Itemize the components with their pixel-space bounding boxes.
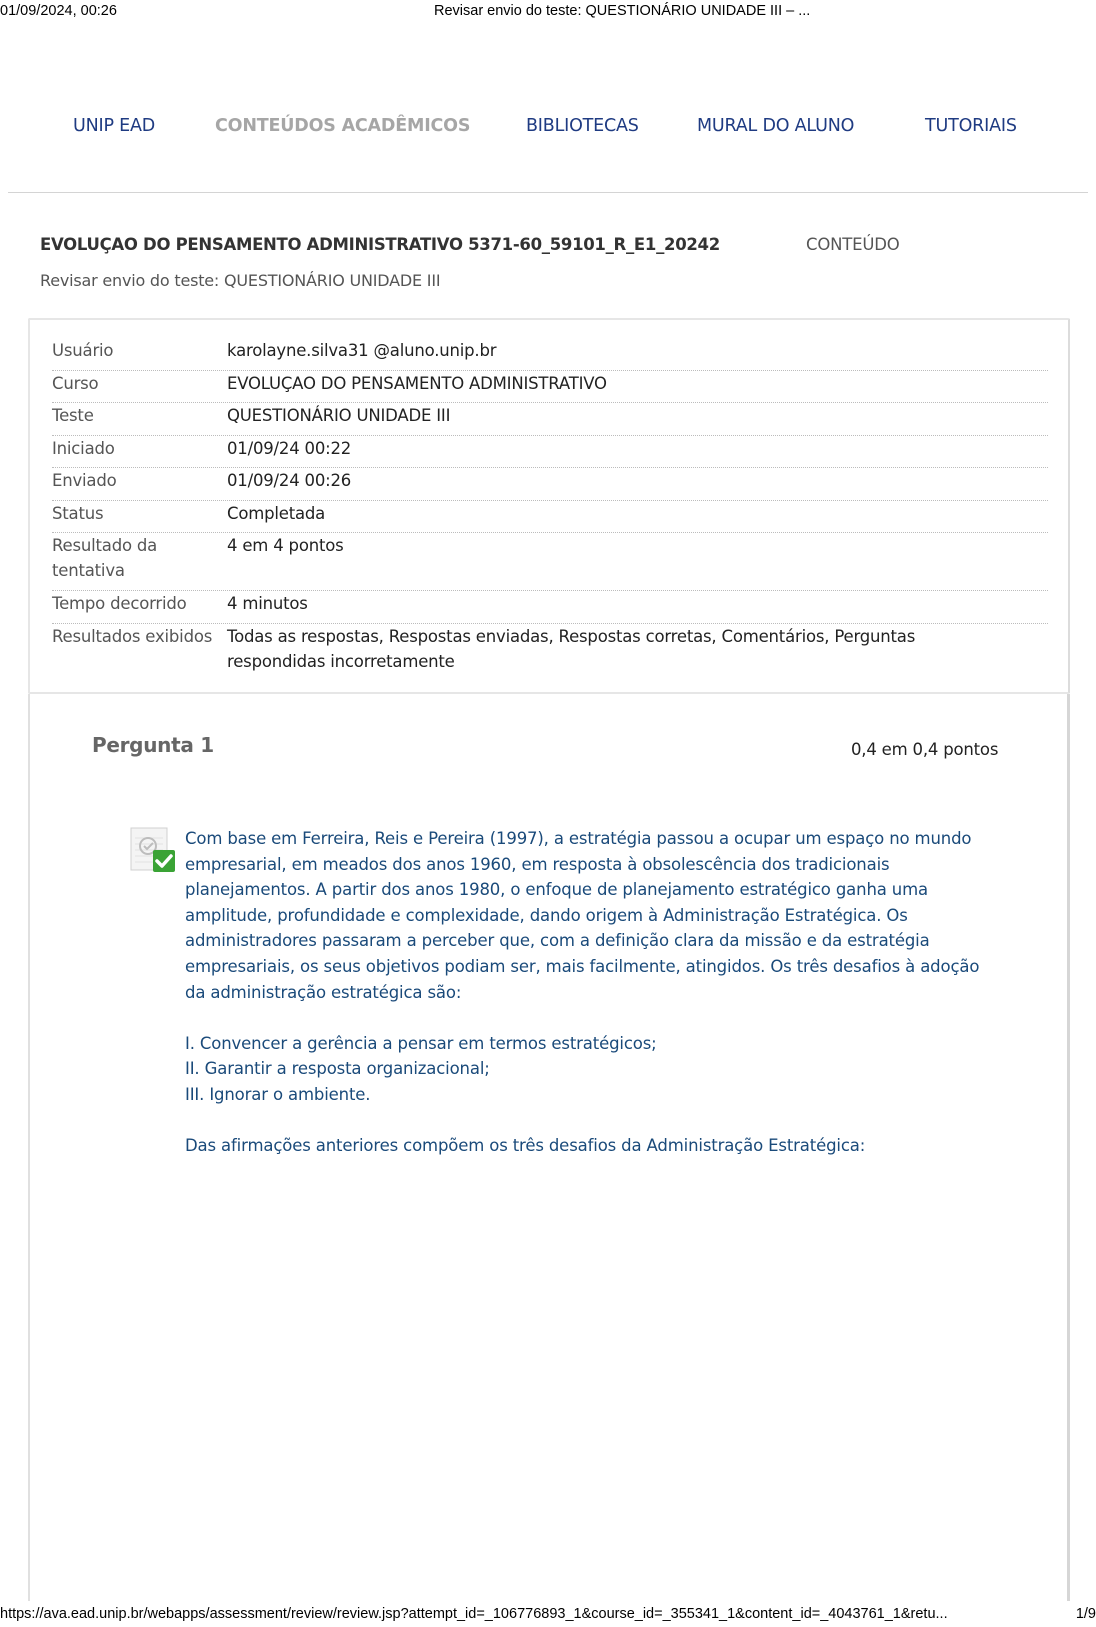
nav-unip-ead[interactable]: UNIP EAD xyxy=(73,116,155,136)
summary-value: QUESTIONÁRIO UNIDADE III xyxy=(227,403,1017,428)
summary-label: Curso xyxy=(52,371,222,396)
nav-bibliotecas[interactable]: BIBLIOTECAS xyxy=(526,116,639,136)
print-title: Revisar envio do teste: QUESTIONÁRIO UNI… xyxy=(434,3,810,19)
question-statement: II. Garantir a resposta organizacional; xyxy=(185,1056,985,1082)
attempt-summary: Usuário karolayne.silva31 @aluno.unip.br… xyxy=(28,318,1070,694)
nav-conteudos-academicos[interactable]: CONTEÚDOS ACADÊMICOS xyxy=(215,116,470,136)
summary-row-resultado: Resultado da tentativa 4 em 4 pontos xyxy=(52,533,1048,591)
summary-label: Iniciado xyxy=(52,436,222,461)
top-navigation: UNIP EAD CONTEÚDOS ACADÊMICOS BIBLIOTECA… xyxy=(0,116,1096,148)
breadcrumb-content-link[interactable]: CONTEÚDO xyxy=(806,235,900,254)
summary-value: 4 minutos xyxy=(227,591,1017,616)
question-text: Com base em Ferreira, Reis e Pereira (19… xyxy=(185,826,985,1159)
summary-value: EVOLUÇAO DO PENSAMENTO ADMINISTRATIVO xyxy=(227,371,1017,396)
nav-divider xyxy=(8,192,1088,193)
breadcrumb-course[interactable]: EVOLUÇAO DO PENSAMENTO ADMINISTRATIVO 53… xyxy=(40,235,720,254)
question-statement: III. Ignorar o ambiente. xyxy=(185,1082,985,1108)
summary-row-status: Status Completada xyxy=(52,501,1048,533)
summary-label: Tempo decorrido xyxy=(52,591,222,616)
print-header: 01/09/2024, 00:26 Revisar envio do teste… xyxy=(0,0,1096,24)
summary-value: 4 em 4 pontos xyxy=(227,533,1017,558)
nav-mural-do-aluno[interactable]: MURAL DO ALUNO xyxy=(697,116,854,136)
summary-value: Completada xyxy=(227,501,1017,526)
print-date: 01/09/2024, 00:26 xyxy=(0,3,117,19)
summary-label: Resultados exibidos xyxy=(52,624,222,649)
print-url: https://ava.ead.unip.br/webapps/assessme… xyxy=(0,1606,948,1622)
question-score: 0,4 em 0,4 pontos xyxy=(851,740,998,759)
summary-row-resultados-exibidos: Resultados exibidos Todas as respostas, … xyxy=(52,624,1048,680)
summary-row-enviado: Enviado 01/09/24 00:26 xyxy=(52,468,1048,501)
summary-row-curso: Curso EVOLUÇAO DO PENSAMENTO ADMINISTRAT… xyxy=(52,371,1048,403)
summary-label: Teste xyxy=(52,403,222,428)
summary-value: 01/09/24 00:26 xyxy=(227,468,1017,493)
question-title: Pergunta 1 xyxy=(92,733,214,757)
question-statement: I. Convencer a gerência a pensar em term… xyxy=(185,1031,985,1057)
question-paragraph: Com base em Ferreira, Reis e Pereira (19… xyxy=(185,826,985,1005)
summary-row-teste: Teste QUESTIONÁRIO UNIDADE III xyxy=(52,403,1048,436)
summary-label: Usuário xyxy=(52,338,222,363)
summary-row-tempo: Tempo decorrido 4 minutos xyxy=(52,591,1048,624)
page-title: Revisar envio do teste: QUESTIONÁRIO UNI… xyxy=(40,271,440,290)
summary-value: Todas as respostas, Respostas enviadas, … xyxy=(227,624,1017,674)
summary-label: Status xyxy=(52,501,222,526)
summary-row-usuario: Usuário karolayne.silva31 @aluno.unip.br xyxy=(52,338,1048,371)
correct-check-icon xyxy=(129,826,179,876)
summary-label: Resultado da tentativa xyxy=(52,533,202,583)
summary-label: Enviado xyxy=(52,468,222,493)
print-page-number: 1/9 xyxy=(1076,1606,1096,1622)
question-prompt: Das afirmações anteriores compõem os trê… xyxy=(185,1133,985,1159)
print-footer: https://ava.ead.unip.br/webapps/assessme… xyxy=(0,1601,1096,1627)
summary-row-iniciado: Iniciado 01/09/24 00:22 xyxy=(52,436,1048,468)
nav-tutoriais[interactable]: TUTORIAIS xyxy=(925,116,1017,136)
summary-value: karolayne.silva31 @aluno.unip.br xyxy=(227,338,1017,363)
summary-value: 01/09/24 00:22 xyxy=(227,436,1017,461)
